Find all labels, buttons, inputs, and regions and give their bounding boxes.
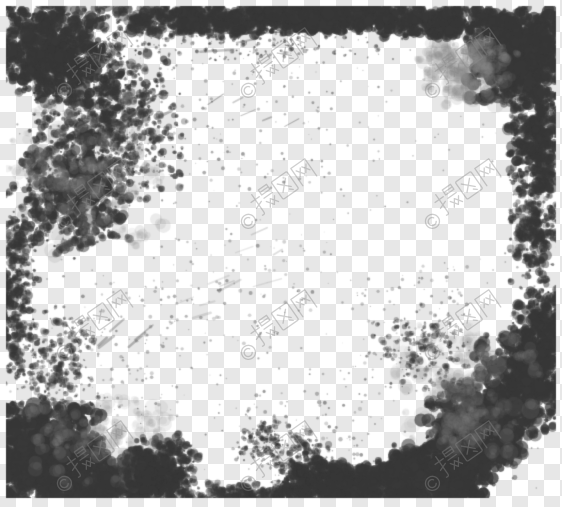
grunge-frame-texture xyxy=(0,0,562,507)
texture-preview-artboard xyxy=(0,0,562,507)
